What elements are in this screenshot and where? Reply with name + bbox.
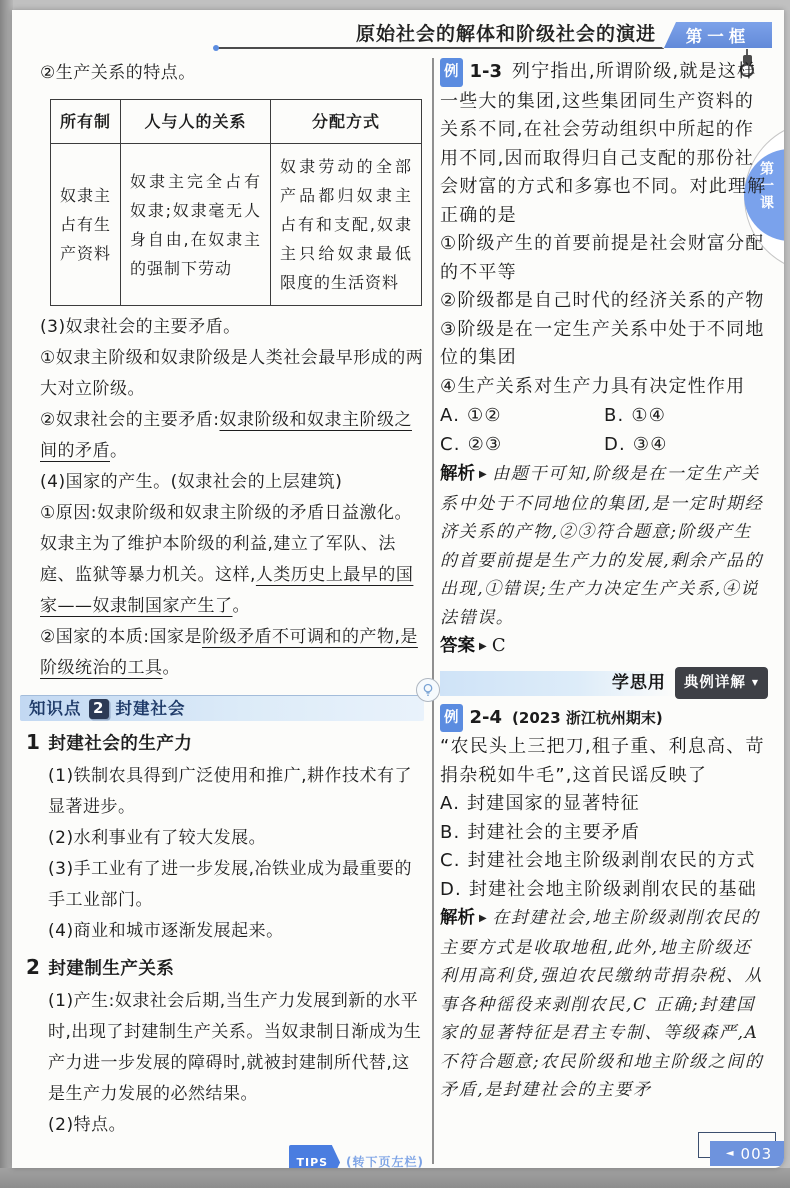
table-cell: 奴隶主占有生产资料	[51, 144, 121, 306]
paragraph: ①奴隶主阶级和奴隶阶级是人类社会最早形成的两大对立阶级。	[40, 343, 424, 405]
analysis-text: 由题干可知,阶级是在一定生产关系中处于不同地位的集团,是一定时期经济关系的产物,…	[440, 464, 763, 628]
scan-frame: 原始社会的解体和阶级社会的演进 第一框 第一课 ②生产关系的特点。 所有制 人与…	[0, 0, 790, 1188]
subsection-heading: 2封建制生产关系	[40, 952, 424, 985]
example-badge: 例	[440, 704, 463, 733]
example-badge: 例	[440, 58, 463, 87]
subsection-title: 封建制生产关系	[48, 959, 174, 979]
list-item: (3)手工业有了进一步发展,冶铁业成为最重要的手工业部门。	[40, 854, 424, 916]
example-number: 2-4	[470, 707, 503, 728]
list-item: (1)产生:奴隶社会后期,当生产力发展到新的水平时,出现了封建制生产关系。当奴隶…	[40, 986, 424, 1110]
page-arrow-icon: ◄	[726, 1148, 734, 1159]
knowledge-point-label: 知识点	[29, 693, 82, 724]
question-stem: “农民头上三把刀,租子重、利息高、苛捐杂税如牛毛”,这首民谣反映了	[440, 733, 768, 790]
choice-grid: A. ①② B. ①④ C. ②③ D. ③④	[440, 402, 768, 459]
subsection-number: 2	[26, 955, 40, 979]
analysis-label: 解析	[440, 464, 475, 484]
title-underline	[218, 47, 664, 49]
paragraph: ②奴隶社会的主要矛盾:奴隶阶级和奴隶主阶级之间的矛盾。	[40, 405, 424, 467]
tips-note: (转下页左栏)	[346, 1155, 424, 1168]
choice-item: A. ①②	[440, 402, 604, 431]
choice-item: C. ②③	[440, 431, 604, 460]
column-divider	[432, 58, 434, 1164]
arrow-right-icon: ▶	[479, 641, 488, 652]
analysis-text: 在封建社会,地主阶级剥削农民的主要方式是收取地租,此外,地主阶级还利用高利贷,强…	[440, 908, 764, 1100]
list-item: (4)商业和城市逐渐发展起来。	[40, 916, 424, 947]
caret-down-icon: ▼	[752, 679, 759, 687]
choice-item: B. 封建社会的主要矛盾	[440, 819, 768, 848]
option-item: ①阶级产生的首要前提是社会财富分配的不平等	[440, 230, 768, 287]
option-item: ②阶级都是自己时代的经济关系的产物	[440, 287, 768, 316]
subsection-number: 1	[26, 730, 40, 754]
paragraph: (4)国家的产生。(奴隶社会的上层建筑)	[40, 467, 424, 498]
list-item: (1)铁制农具得到广泛使用和推广,耕作技术有了显著进步。	[40, 761, 424, 823]
tips-badge: TIPS	[289, 1145, 341, 1168]
knowledge-point-title: 封建社会	[116, 693, 186, 724]
table-cell: 奴隶主完全占有奴隶;奴隶毫无人身自由,在奴隶主的强制下劳动	[121, 144, 271, 306]
choice-item: B. ①④	[604, 402, 768, 431]
answer-row: 答案▶C	[440, 632, 768, 662]
frame-tag-banner: 第一框	[664, 22, 772, 48]
page-number-badge: ◄ 003	[710, 1141, 784, 1166]
table-header-cell: 所有制	[51, 100, 121, 144]
knowledge-point-bar: 知识点 2 封建社会	[20, 695, 424, 721]
study-section-title: 学思用	[612, 669, 666, 698]
option-item: ③阶级是在一定生产关系中处于不同地位的集团	[440, 316, 768, 373]
example-source: (2023 浙江杭州期末)	[512, 709, 663, 727]
paragraph: (3)奴隶社会的主要矛盾。	[40, 312, 424, 343]
table-row: 奴隶主占有生产资料 奴隶主完全占有奴隶;奴隶毫无人身自由,在奴隶主的强制下劳动 …	[51, 144, 422, 306]
list-item: (2)水利事业有了较大发展。	[40, 823, 424, 854]
paragraph: ①原因:奴隶阶级和奴隶主阶级的矛盾日益激化。奴隶主为了维护本阶级的利益,建立了军…	[40, 498, 424, 622]
right-column: 例1-3列宁指出,所谓阶级,就是这样一些大的集团,这些集团同生产资料的关系不同,…	[440, 58, 768, 1105]
page-bottom-edge	[0, 1168, 790, 1188]
answer-label: 答案	[440, 636, 475, 656]
choice-item: D. ③④	[604, 431, 768, 460]
slave-relations-table: 所有制 人与人的关系 分配方式 奴隶主占有生产资料 奴隶主完全占有奴隶;奴隶毫无…	[50, 99, 422, 306]
book-page: 原始社会的解体和阶级社会的演进 第一框 第一课 ②生产关系的特点。 所有制 人与…	[12, 10, 784, 1168]
table-header-cell: 分配方式	[271, 100, 422, 144]
analysis-label: 解析	[440, 908, 475, 928]
intro-paragraph: ②生产关系的特点。	[40, 58, 424, 89]
subsection-heading: 1封建社会的生产力	[40, 727, 424, 760]
analysis-block: 解析▶在封建社会,地主阶级剥削农民的主要方式是收取地租,此外,地主阶级还利用高利…	[440, 904, 768, 1105]
paragraph: ②国家的本质:国家是阶级矛盾不可调和的产物,是阶级统治的工具。	[40, 622, 424, 684]
example-heading: 例2-4(2023 浙江杭州期末)	[440, 704, 768, 734]
table-header-row: 所有制 人与人的关系 分配方式	[51, 100, 422, 144]
detail-dropdown-badge: 典例详解▼	[675, 667, 768, 700]
analysis-block: 解析▶由题干可知,阶级是在一定生产关系中处于不同地位的集团,是一定时期经济关系的…	[440, 460, 768, 632]
tips-row: TIPS (转下页左栏)	[40, 1145, 424, 1168]
arrow-right-icon: ▶	[479, 913, 488, 924]
answer-value: C	[492, 635, 507, 656]
left-column: ②生产关系的特点。 所有制 人与人的关系 分配方式 奴隶主占有生产资料 奴隶主完…	[28, 58, 424, 1168]
page-number: 003	[741, 1145, 773, 1163]
lightbulb-icon	[416, 678, 440, 702]
option-item: ④生产关系对生产力具有决定性作用	[440, 373, 768, 402]
table-header-cell: 人与人的关系	[121, 100, 271, 144]
choice-item: C. 封建社会地主阶级剥削农民的方式	[440, 847, 768, 876]
question-stem: 例1-3列宁指出,所谓阶级,就是这样一些大的集团,这些集团同生产资料的关系不同,…	[440, 58, 768, 230]
choice-item: D. 封建社会地主阶级剥削农民的基础	[440, 876, 768, 905]
example-number: 1-3	[470, 61, 503, 82]
study-section-bar: 学思用 典例详解▼	[440, 671, 768, 696]
arrow-right-icon: ▶	[479, 469, 488, 480]
knowledge-point-number-badge: 2	[89, 699, 109, 719]
subsection-title: 封建社会的生产力	[48, 734, 192, 754]
table-cell: 奴隶劳动的全部产品都归奴隶主占有和支配,奴隶主只给奴隶最低限度的生活资料	[271, 144, 422, 306]
page-title: 原始社会的解体和阶级社会的演进	[356, 19, 656, 46]
choice-item: A. 封建国家的显著特征	[440, 790, 768, 819]
list-item: (2)特点。	[40, 1110, 424, 1141]
